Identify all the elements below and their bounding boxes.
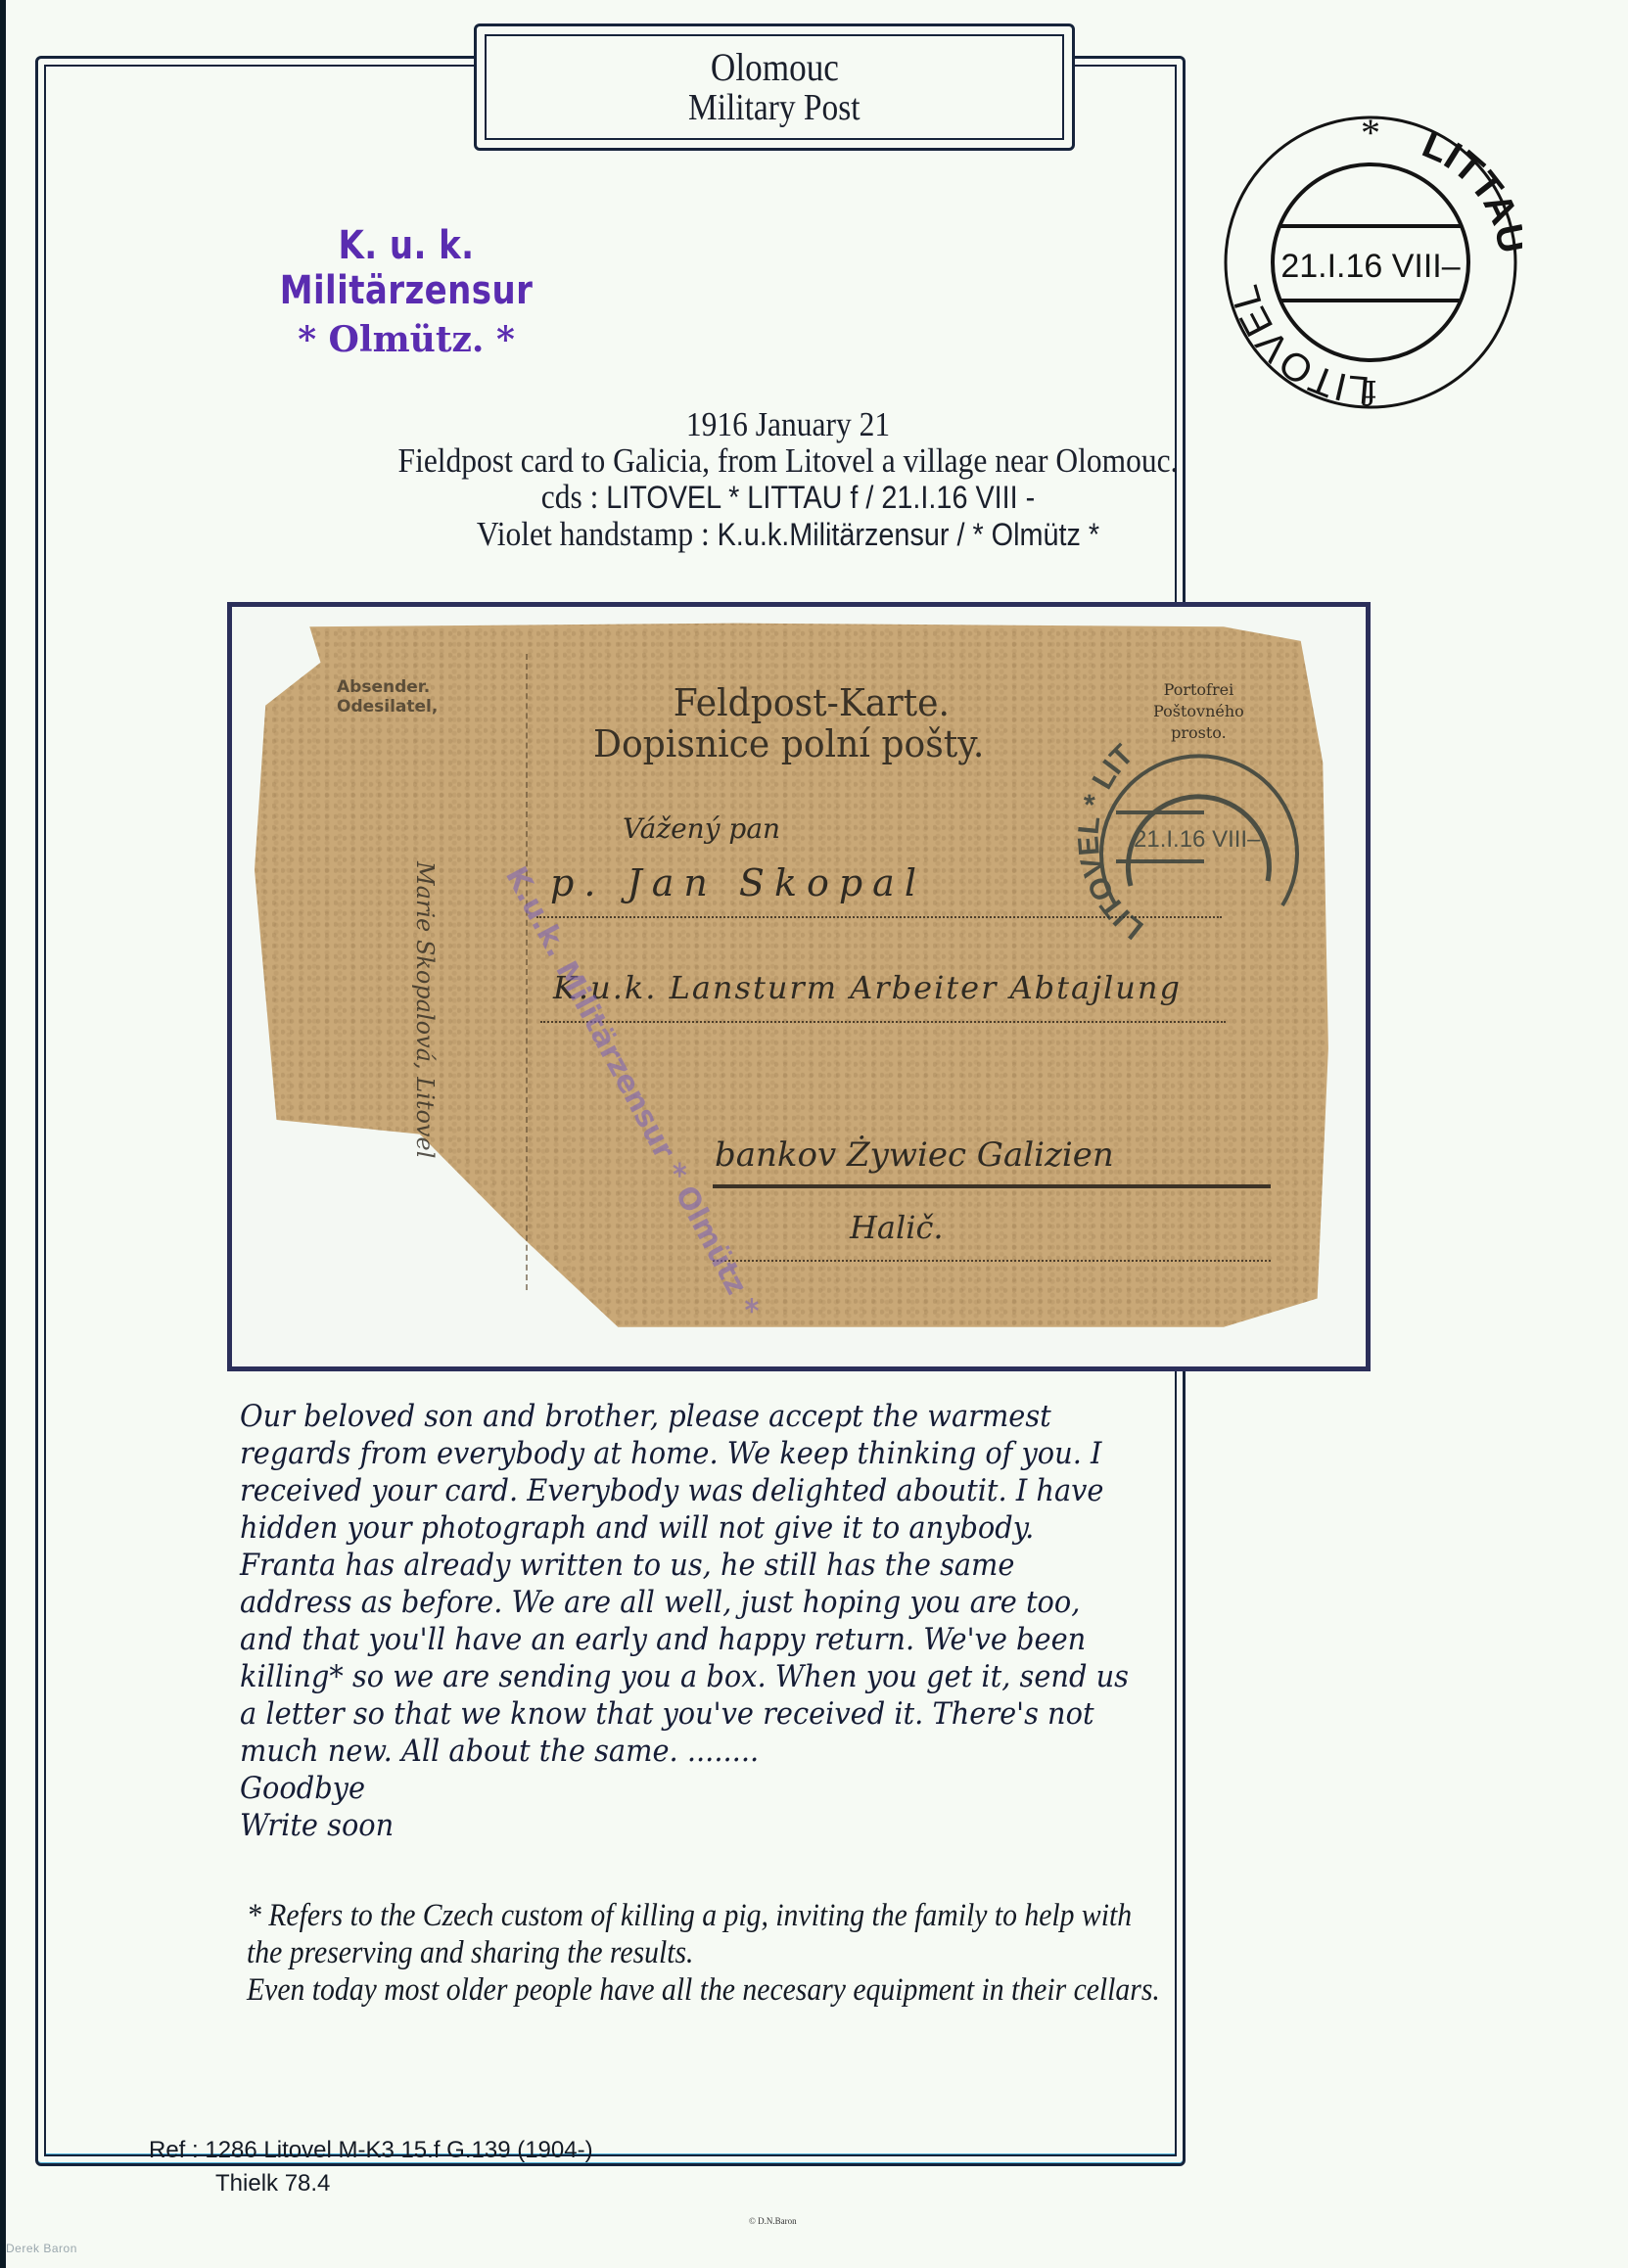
footnote-line: * Refers to the Czech custom of killing …	[247, 1897, 1366, 1934]
description-handstamp: Violet handstamp : K.u.k.Militärzensur /…	[300, 516, 1278, 553]
reference-line1: Ref : 1286 Litovel M-K3 15.f G.139 (1904…	[149, 2137, 593, 2163]
footnote-line: Even today most older people have all th…	[247, 1971, 1366, 2009]
svg-text:21.I.16 VIII–: 21.I.16 VIII–	[1134, 826, 1261, 853]
card-address-place: bankov Żywiec Galizien	[715, 1135, 1114, 1175]
reference-line2: Thielk 78.4	[149, 2167, 593, 2200]
cds-postmark-enlarged: 21.I.16 VIII– LITOVEL LITTAU * f	[1219, 111, 1522, 414]
cds-ring-right: LITTAU	[1417, 122, 1522, 256]
letter-line: much new. All about the same. ........	[240, 1733, 1332, 1770]
card-underline	[713, 1184, 1271, 1188]
card-divider-line	[526, 654, 529, 1290]
description-summary: Fieldpost card to Galicia, from Litovel …	[300, 442, 1278, 479]
page-title: Olomouc	[710, 47, 838, 88]
watermark: Derek Baron	[6, 2242, 77, 2255]
letter-line: killing* so we are sending you a box. Wh…	[240, 1658, 1332, 1695]
letter-line: Goodbye	[240, 1770, 1332, 1807]
censor-handstamp-enlarged: K. u. k. Militärzensur * Olmütz. *	[176, 223, 636, 360]
title-box: Olomouc Military Post	[474, 23, 1075, 151]
footnote: * Refers to the Czech custom of killing …	[247, 1897, 1490, 2009]
card-sender-label: Absender. Odesilatel,	[337, 677, 438, 717]
description-block: 1916 January 21 Fieldpost card to Galici…	[245, 406, 1331, 553]
letter-line: received your card. Everybody was deligh…	[240, 1472, 1332, 1509]
description-date: 1916 January 21	[300, 406, 1278, 442]
cds-star: *	[1361, 111, 1380, 155]
letter-line: address as before. We are all well, just…	[240, 1584, 1332, 1621]
letter-line: regards from everybody at home. We keep …	[240, 1435, 1332, 1472]
card-sender-handwriting: Marie Skopalová, Litovel	[411, 861, 439, 1158]
censor-line2: * Olmütz. *	[176, 319, 636, 360]
footnote-line: the preserving and sharing the results.	[247, 1934, 1366, 1971]
card-printed-title: Feldpost-Karte. Dopisnice polní pošty.	[593, 682, 984, 764]
card-dotted-line	[540, 1021, 1226, 1023]
letter-line: Franta has already written to us, he sti…	[240, 1547, 1332, 1584]
letter-line: hidden your photograph and will not give…	[240, 1509, 1332, 1547]
card-cds-postmark: 21.I.16 VIII– LITOVEL * LIT	[1077, 719, 1312, 954]
card-dotted-line	[713, 1260, 1271, 1262]
reference-block: Ref : 1286 Litovel M-K3 15.f G.139 (1904…	[149, 2134, 593, 2200]
description-cds: cds : LITOVEL * LITTAU f / 21.I.16 VIII …	[300, 479, 1278, 516]
copyright-notice: © D.N.Baron	[749, 2216, 797, 2226]
page-subtitle: Military Post	[688, 88, 861, 127]
card-address-region: Halič.	[850, 1209, 944, 1246]
scan-edge	[0, 0, 6, 2268]
card-address-name: p. Jan Skopal	[550, 861, 926, 904]
letter-line: and that you'll have an early and happy …	[240, 1621, 1332, 1658]
letter-transcription: Our beloved son and brother, please acce…	[240, 1398, 1415, 1844]
letter-line: Our beloved son and brother, please acce…	[240, 1398, 1332, 1435]
censor-line1: K. u. k. Militärzensur	[210, 223, 602, 313]
letter-line: Write soon	[240, 1807, 1332, 1844]
letter-line: a letter so that we know that you've rec…	[240, 1695, 1332, 1733]
card-address-salutation: Vážený pan	[623, 812, 780, 845]
cds-date: 21.I.16 VIII–	[1280, 248, 1460, 285]
card-address-unit: K.u.k. Lansturm Arbeiter Abtajlung	[553, 969, 1182, 1006]
